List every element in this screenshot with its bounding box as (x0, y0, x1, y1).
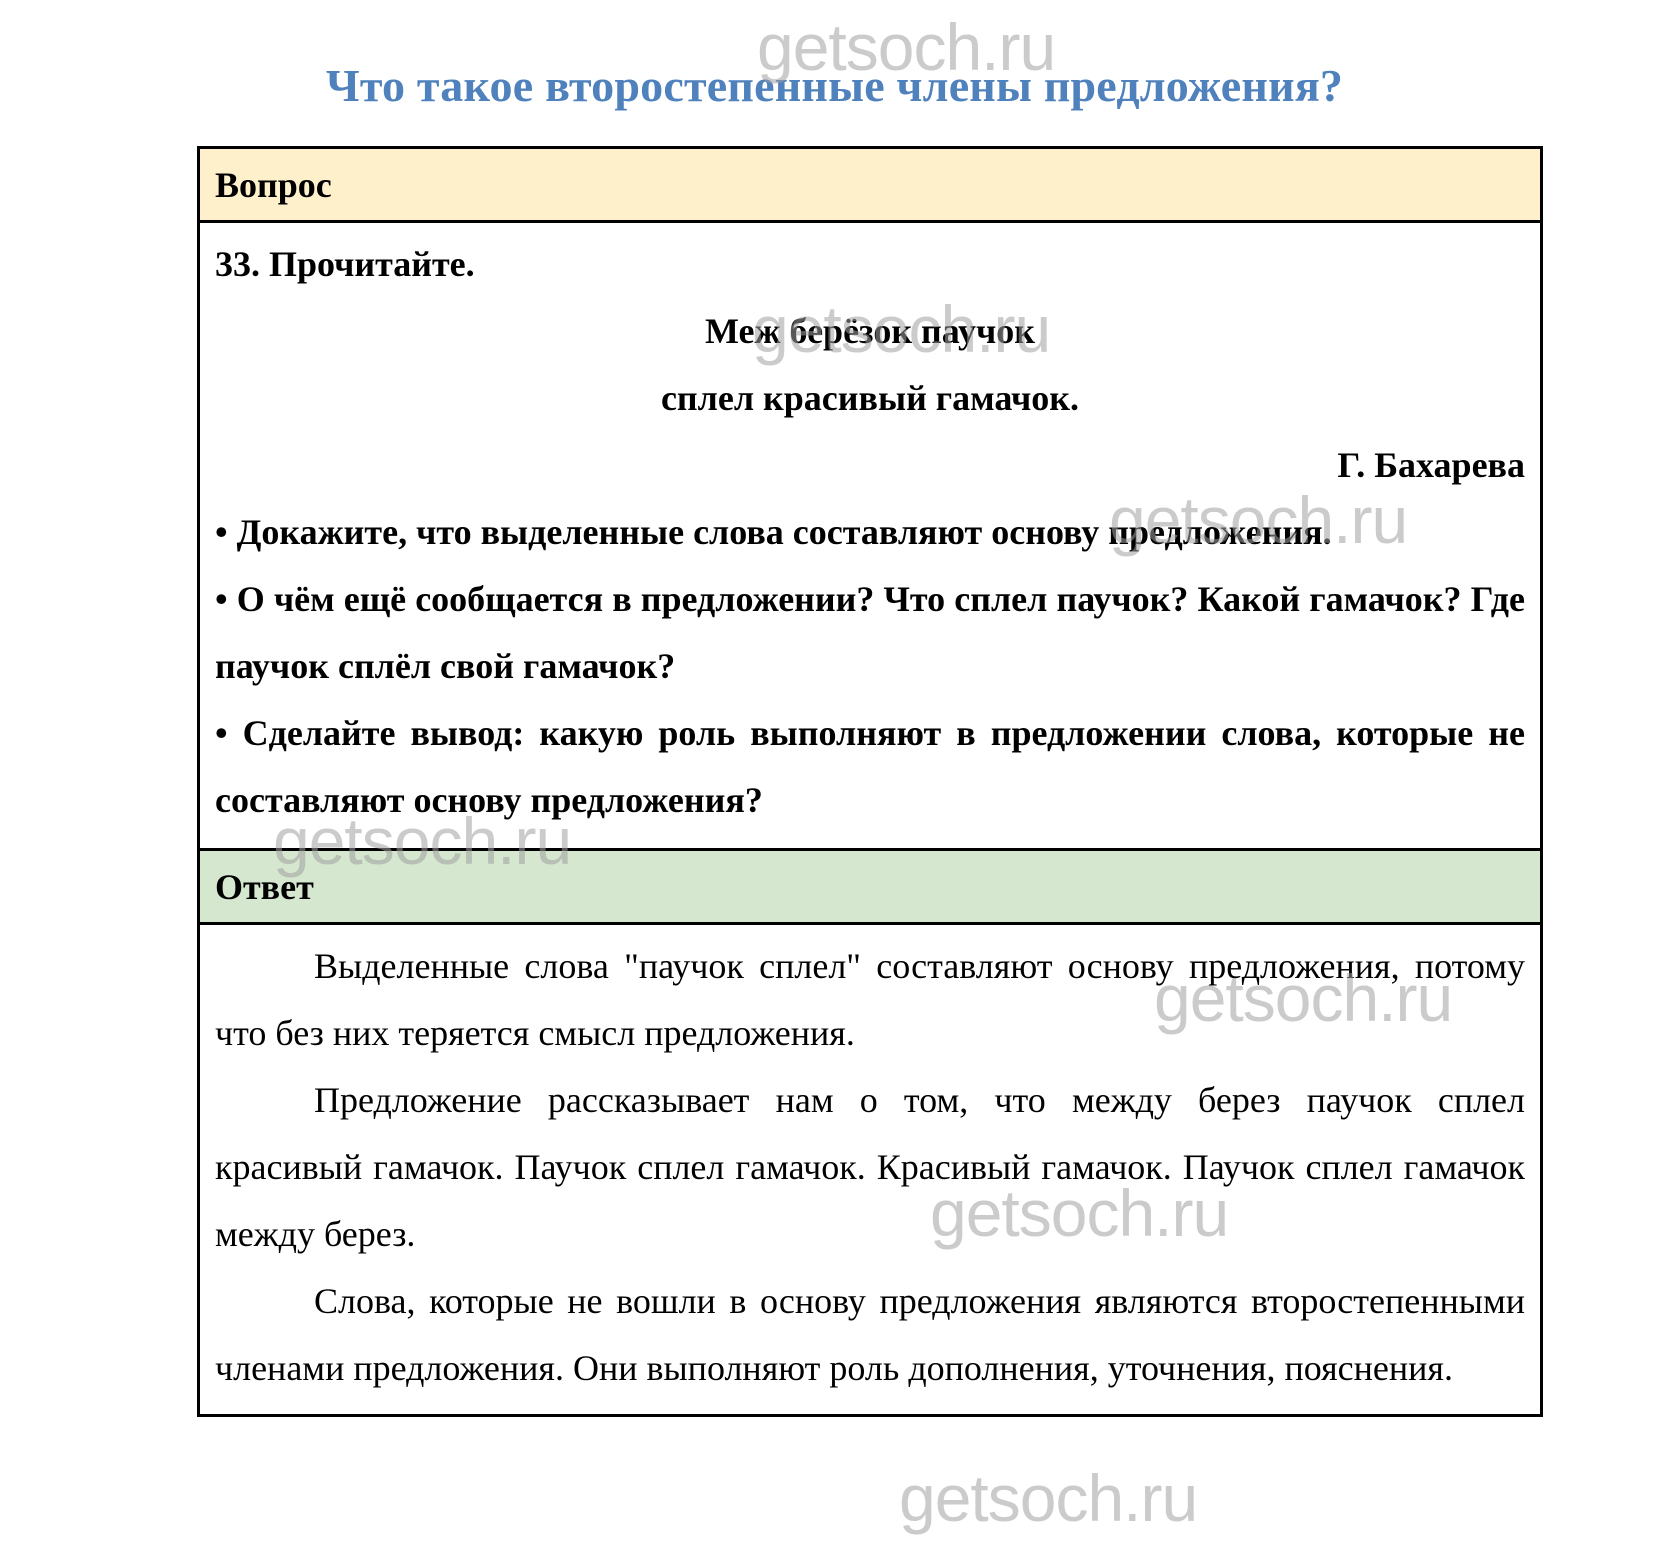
question-header: Вопрос (200, 149, 1540, 223)
question-bullet: • О чём ещё сообщается в предложении? Чт… (215, 566, 1525, 700)
task-instruction: 33. Прочитайте. (215, 231, 1525, 298)
question-header-label: Вопрос (215, 164, 332, 206)
question-bullet: • Сделайте вывод: какую роль выполняют в… (215, 700, 1525, 834)
poem-line: сплел красивый гамачок. (215, 365, 1525, 432)
poem-line: Меж берёзок паучок (215, 298, 1525, 365)
watermark: getsoch.ru (899, 1465, 1197, 1531)
question-bullet: • Докажите, что выделенные слова составл… (215, 499, 1525, 566)
answer-paragraph: Выделенные слова "паучок сплел" составля… (215, 933, 1525, 1067)
answer-paragraph: Слова, которые не вошли в основу предлож… (215, 1268, 1525, 1402)
poem-author: Г. Бахарева (215, 432, 1525, 499)
answer-body: Выделенные слова "паучок сплел" составля… (200, 925, 1540, 1414)
question-answer-table: Вопрос 33. Прочитайте. Меж берёзок паучо… (197, 146, 1543, 1417)
question-body: 33. Прочитайте. Меж берёзок паучок сплел… (200, 223, 1540, 848)
answer-header-label: Ответ (215, 866, 314, 908)
answer-paragraph: Предложение рассказывает нам о том, что … (215, 1067, 1525, 1268)
answer-header: Ответ (200, 848, 1540, 925)
page-title: Что такое второстепенные члены предложен… (0, 58, 1654, 114)
